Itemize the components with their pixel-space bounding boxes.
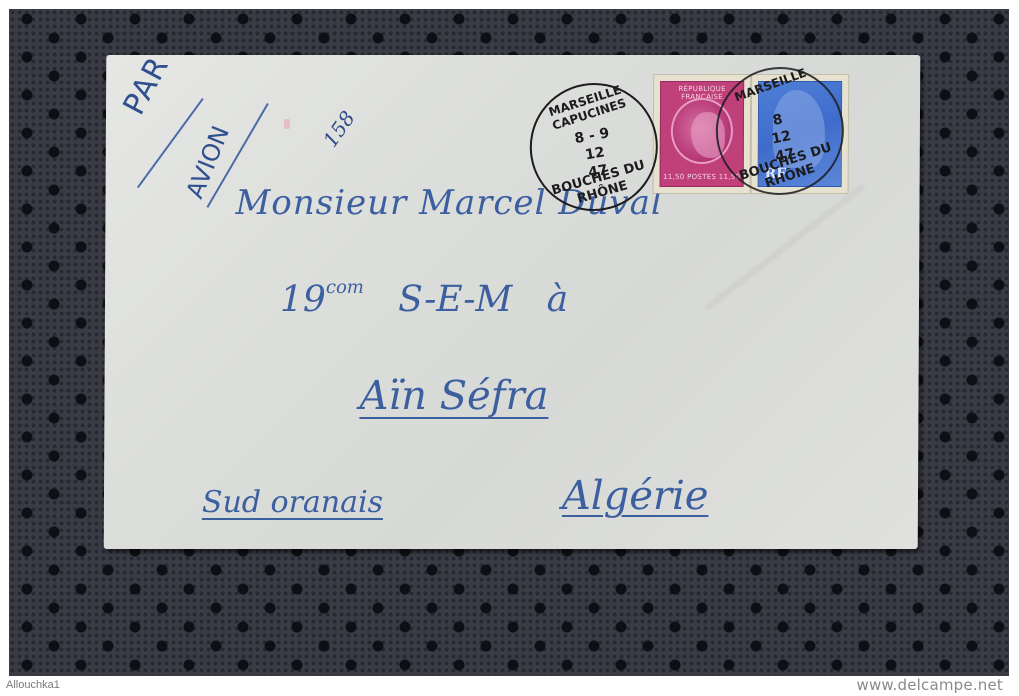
pink-ink-spot bbox=[284, 119, 290, 129]
address-unit-suffix: à bbox=[547, 279, 569, 320]
airmail-label: PAR AVION bbox=[132, 73, 253, 193]
seller-username: Allouchka1 bbox=[6, 679, 60, 691]
address-country: Algérie bbox=[562, 473, 709, 519]
site-watermark: www.delcampe.net bbox=[857, 676, 1004, 694]
caption-bar: Allouchka1 www.delcampe.net bbox=[0, 676, 1019, 696]
address-region: Sud oranais bbox=[202, 485, 383, 520]
envelope: PAR AVION 158 Monsieur Marcel Duval 19co… bbox=[104, 55, 921, 549]
address-unit: 19com S-E-M à bbox=[280, 277, 568, 320]
address-unit-number: 19 bbox=[280, 279, 326, 320]
reference-number: 158 bbox=[318, 106, 360, 151]
airmail-label-par: PAR bbox=[117, 51, 177, 121]
paper-crease bbox=[705, 184, 866, 310]
address-city: Aïn Séfra bbox=[359, 373, 548, 419]
address-unit-name: S-E-M bbox=[398, 279, 512, 320]
airmail-label-avion: AVION bbox=[181, 122, 235, 202]
address-unit-superscript: com bbox=[326, 277, 364, 298]
photo: PAR AVION 158 Monsieur Marcel Duval 19co… bbox=[9, 9, 1009, 676]
